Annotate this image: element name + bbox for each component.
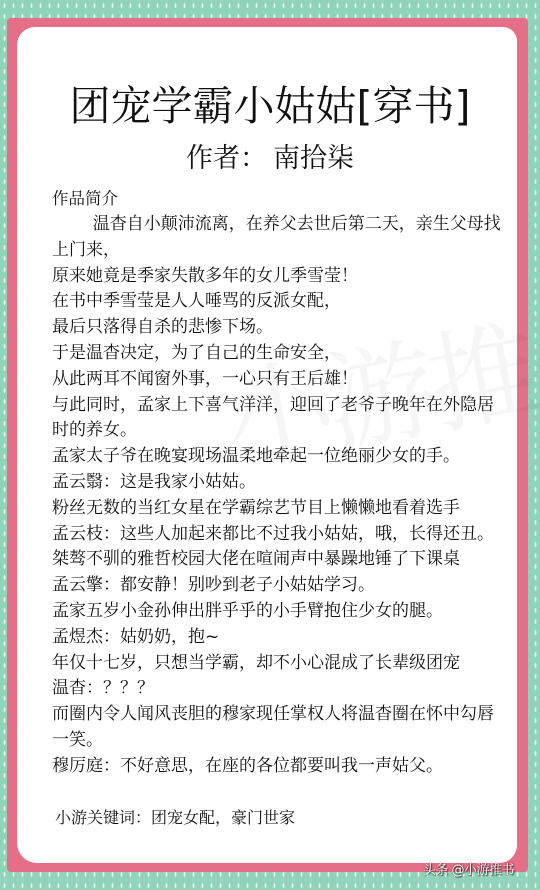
synopsis-line: 年仅十七岁，只想当学霸，却不小心混成了长辈级团宠 xyxy=(52,651,502,677)
book-title: 团宠学霸小姑姑[穿书] xyxy=(0,78,540,134)
synopsis-line: 温杳：？？？ xyxy=(52,676,502,702)
synopsis-line: 温杳自小颠沛流离，在养父去世后第二天，亲生父母找上门来， xyxy=(52,212,502,264)
author-name: 南拾柒 xyxy=(273,143,354,174)
synopsis-line: 桀骜不驯的雅哲校园大佬在喧闹声中暴躁地锤了下课桌 xyxy=(52,547,502,573)
synopsis-line: 从此两耳不闻窗外事，一心只有王后雄！ xyxy=(52,367,502,393)
synopsis-line: 孟煜杰：姑奶奶，抱~ xyxy=(52,625,502,651)
synopsis-line: 原来她竟是季家失散多年的女儿季雪莹！ xyxy=(52,264,502,290)
synopsis-line: 在书中季雪莹是人人唾骂的反派女配， xyxy=(52,289,502,315)
synopsis-line: 孟家五岁小金孙伸出胖乎乎的小手臂抱住少女的腿。 xyxy=(52,599,502,625)
synopsis-line: 孟云枝：这些人加起来都比不过我小姑姑，哦，长得还丑。 xyxy=(52,522,502,548)
synopsis-line: 孟云翳：这是我家小姑姑。 xyxy=(52,470,502,496)
source-credit: 头条 @小游推书 xyxy=(423,859,514,878)
synopsis-line: 穆厉庭：不好意思，在座的各位都要叫我一声姑父。 xyxy=(52,754,502,780)
author-label: 作者： xyxy=(186,143,267,174)
synopsis-line: 而圈内令人闻风丧胆的穆家现任掌权人将温杳圈在怀中勾唇一笑。 xyxy=(52,702,502,754)
keywords-line: 小游关键词：团宠女配，豪门世家 xyxy=(55,806,295,830)
synopsis-line: 与此同时，孟家上下喜气洋洋，迎回了老爷子晚年在外隐居时的养女。 xyxy=(52,393,502,445)
synopsis-section: 作品简介 温杳自小颠沛流离，在养父去世后第二天，亲生父母找上门来， 原来她竟是季… xyxy=(52,186,502,780)
synopsis-line: 孟家太子爷在晚宴现场温柔地牵起一位绝丽少女的手。 xyxy=(52,444,502,470)
synopsis-line: 最后只落得自杀的悲惨下场。 xyxy=(52,315,502,341)
author-line: 作者：南拾柒 xyxy=(0,140,540,178)
synopsis-line: 于是温杳决定，为了自己的生命安全， xyxy=(52,341,502,367)
section-title: 作品简介 xyxy=(52,186,502,212)
synopsis-line: 粉丝无数的当红女星在学霸综艺节目上懒懒地看着选手 xyxy=(52,496,502,522)
synopsis-lines: 温杳自小颠沛流离，在养父去世后第二天，亲生父母找上门来， 原来她竟是季家失散多年… xyxy=(52,212,502,780)
synopsis-line: 孟云擎：都安静！别吵到老子小姑姑学习。 xyxy=(52,573,502,599)
